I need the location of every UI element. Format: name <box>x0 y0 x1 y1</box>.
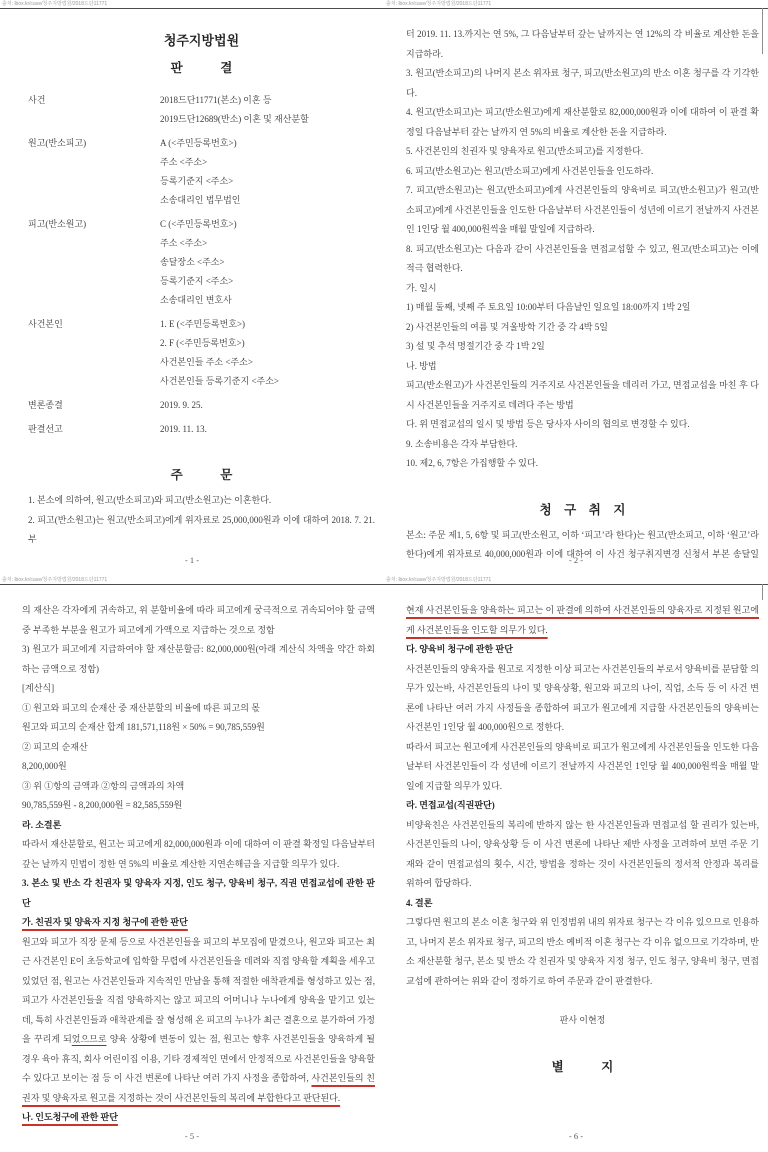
doc-paragraph: 현재 사건본인들을 양육하는 피고는 이 판결에 의하여 사건본인들의 양육자로… <box>406 601 759 640</box>
field-value-line: 소송대리인 변호사 <box>160 291 375 310</box>
text-run: 7. 피고(반소원고)는 원고(반소피고)에게 사건본인들의 양육비로 피고(반… <box>406 185 759 234</box>
field-value-line: 사건본인들 주소 <주소> <box>160 353 375 372</box>
text-run: [계산식] <box>22 683 54 693</box>
doc-paragraph: 8,200,000원 <box>22 757 375 777</box>
text-run: 원고와 피고가 직장 문제 등으로 사건본인들을 피고의 부모집에 맡겼으나, … <box>22 937 375 1045</box>
doc-paragraph: ③ 위 ①항의 금액과 ②항의 금액과의 차액 <box>22 777 375 797</box>
doc-paragraph: 그렇다면 원고의 본소 이혼 청구와 위 인정범위 내의 위자료 청구는 각 이… <box>406 913 759 991</box>
underlined-text: 현재 사건본인들을 양육하는 피고는 이 판결에 의하여 사건본인들의 양육자로… <box>406 605 759 635</box>
field-value-line: 2. F (<주민등록번호>) <box>160 334 375 353</box>
page-6: 출처: lbox.kr/case/청주지방법원/2018드단11771 현재 사… <box>384 576 768 1152</box>
text-run: 원고와 피고의 순재산 합계 181,571,118원 × 50% = 90,7… <box>22 722 265 732</box>
field-value: 2018드단11771(본소) 이혼 등2019드단12689(반소) 이혼 및… <box>160 91 375 129</box>
field-value-line: 송달장소 <주소> <box>160 253 375 272</box>
text-run: 1) 매월 둘째, 넷째 주 토요일 10:00부터 다음날인 일요일 18:0… <box>406 302 690 312</box>
section-heading: 청 구 취 지 <box>406 500 759 520</box>
text-run: 판사 이현정 <box>560 1015 606 1025</box>
doc-paragraph: 사건본인들의 양육자를 원고로 지정한 이상 피고는 사건본인들의 부로서 양육… <box>406 660 759 738</box>
field-label: 판결선고 <box>28 420 160 439</box>
text-run: 의 재산은 각자에게 귀속하고, 위 분할비율에 따라 피고에게 궁극적으로 귀… <box>22 605 375 635</box>
doc-paragraph: ② 피고의 순재산 <box>22 738 375 758</box>
doc-paragraph: 피고(반소원고)가 사건본인들의 거주지로 사건본인들을 데리러 가고, 면접교… <box>406 376 759 415</box>
doc-paragraph: 90,785,559원 - 8,200,000원 = 82,585,559원 <box>22 796 375 816</box>
field-value-line: 2019드단12689(반소) 이혼 및 재산분할 <box>160 110 375 129</box>
doc-paragraph: 7. 피고(반소원고)는 원고(반소피고)에게 사건본인들의 양육비로 피고(반… <box>406 181 759 240</box>
doc-paragraph: 터 2019. 11. 13.까지는 연 5%, 그 다음날부터 갚는 날까지는… <box>406 25 759 64</box>
field-value-line: 등록기준지 <주소> <box>160 272 375 291</box>
doc-paragraph: 3) 설 및 추석 명절기간 중 각 1박 2일 <box>406 337 759 357</box>
field-value-line: 2019. 9. 25. <box>160 396 375 415</box>
text-run: 터 2019. 11. 13.까지는 연 5%, 그 다음날부터 갚는 날까지는… <box>406 29 759 59</box>
text-run: 3. 원고(반소피고)의 나머지 본소 위자료 청구, 피고(반소원고)의 반소… <box>406 68 759 98</box>
case-info-row: 원고(반소피고)A (<주민등록번호>)주소 <주소>등록기준지 <주소>소송대… <box>28 134 375 210</box>
text-run: 판 결 <box>171 61 233 75</box>
text-run: 별 지 <box>552 1060 614 1074</box>
page-content: 터 2019. 11. 13.까지는 연 5%, 그 다음날부터 갚는 날까지는… <box>384 9 768 560</box>
field-label: 변론종결 <box>28 396 160 415</box>
section-heading: 별 지 <box>406 1057 759 1077</box>
field-value: 2019. 9. 25. <box>160 396 375 415</box>
text-run: 3) 설 및 추석 명절기간 중 각 1박 2일 <box>406 341 545 351</box>
doc-paragraph: 8. 피고(반소원고)는 다음과 같이 사건본인들을 면접교섭할 수 있고, 원… <box>406 240 759 279</box>
doc-paragraph: 1) 매월 둘째, 넷째 주 토요일 10:00부터 다음날인 일요일 18:0… <box>406 298 759 318</box>
source-header: 출처: lbox.kr/case/청주지방법원/2018드단11771 <box>2 1 107 8</box>
field-value-line: 소송대리인 법무법인 <box>160 191 375 210</box>
source-header: 출처: lbox.kr/case/청주지방법원/2018드단11771 <box>386 577 491 584</box>
text-run: 2) 사건본인들의 여름 및 겨울방학 기간 중 각 4박 5일 <box>406 322 608 332</box>
source-header: 출처: lbox.kr/case/청주지방법원/2018드단11771 <box>2 577 107 584</box>
text-run: 9. 소송비용은 각자 부담한다. <box>406 439 517 449</box>
document-sheet: 출처: lbox.kr/case/청주지방법원/2018드단11771 청주지방… <box>0 0 768 1152</box>
page-content: 의 재산은 각자에게 귀속하고, 위 분할비율에 따라 피고에게 궁극적으로 귀… <box>0 585 384 1136</box>
field-value-line: 2018드단11771(본소) 이혼 등 <box>160 91 375 110</box>
field-value-line: C (<주민등록번호>) <box>160 215 375 234</box>
doc-paragraph: 5. 사건본인의 친권자 및 양육자로 원고(반소피고)를 지정한다. <box>406 142 759 162</box>
text-run: 4. 결론 <box>406 898 432 908</box>
doc-paragraph: 10. 제2, 6, 7항은 가집행할 수 있다. <box>406 454 759 474</box>
field-label: 사건 <box>28 91 160 129</box>
doc-paragraph: 3. 본소 및 반소 각 친권자 및 양육자 지정, 인도 청구, 양육비 청구… <box>22 874 375 913</box>
doc-paragraph: 나. 인도청구에 관한 판단 <box>22 1108 375 1128</box>
underlined-text: 나. 인도청구에 관한 판단 <box>22 1112 118 1122</box>
field-value-line: 등록기준지 <주소> <box>160 172 375 191</box>
text-run: ② 피고의 순재산 <box>22 742 88 752</box>
section-heading: 주 문 <box>28 465 375 485</box>
page-number: - 1 - <box>0 555 384 565</box>
field-label: 원고(반소피고) <box>28 134 160 210</box>
text-run: 그렇다면 원고의 본소 이혼 청구와 위 인정범위 내의 위자료 청구는 각 이… <box>406 917 759 986</box>
doc-paragraph: 다. 위 면접교섭의 일시 및 방법 등은 당사자 사이의 협의로 변경할 수 … <box>406 415 759 435</box>
case-info-row: 사건본인1. E (<주민등록번호>)2. F (<주민등록번호>)사건본인들 … <box>28 315 375 391</box>
source-header: 출처: lbox.kr/case/청주지방법원/2018드단11771 <box>386 1 491 8</box>
doc-paragraph: 원고와 피고가 직장 문제 등으로 사건본인들을 피고의 부모집에 맡겼으나, … <box>22 933 375 1109</box>
text-run: 주 문 <box>171 468 233 482</box>
page-1: 출처: lbox.kr/case/청주지방법원/2018드단11771 청주지방… <box>0 0 384 576</box>
text-run: 4. 원고(반소피고)는 피고(반소원고)에게 재산분할로 82,000,000… <box>406 107 759 137</box>
field-value: 2019. 11. 13. <box>160 420 375 439</box>
text-run: 따라서 피고는 원고에게 사건본인들의 양육비로 피고가 원고에게 사건본인들을… <box>406 742 759 791</box>
text-run: 청 구 취 지 <box>540 503 626 517</box>
doc-paragraph: 라. 소결론 <box>22 816 375 836</box>
field-value-line: 사건본인들 등록기준지 <주소> <box>160 372 375 391</box>
text-run: 다. 양육비 청구에 관한 판단 <box>406 644 513 654</box>
judge-name: 판사 이현정 <box>406 1011 759 1031</box>
doc-paragraph: 3. 원고(반소피고)의 나머지 본소 위자료 청구, 피고(반소원고)의 반소… <box>406 64 759 103</box>
doc-paragraph: 9. 소송비용은 각자 부담한다. <box>406 435 759 455</box>
page-number: - 2 - <box>384 555 768 565</box>
text-run: 다. 위 면접교섭의 일시 및 방법 등은 당사자 사이의 협의로 변경할 수 … <box>406 419 690 429</box>
text-run: 8,200,000원 <box>22 761 67 771</box>
page-number: - 6 - <box>384 1131 768 1141</box>
doc-paragraph: 비양육친은 사건본인들의 복리에 반하지 않는 한 사건본인들과 면접교섭 할 … <box>406 816 759 894</box>
text-run: 10. 제2, 6, 7항은 가집행할 수 있다. <box>406 458 538 468</box>
doc-paragraph: 6. 피고(반소원고)는 원고(반소피고)에게 사건본인들을 인도하라. <box>406 162 759 182</box>
doc-paragraph: ① 원고와 피고의 순재산 중 재산분할의 비율에 따른 피고의 몫 <box>22 699 375 719</box>
doc-paragraph: 1. 본소에 의하여, 원고(반소피고)와 피고(반소원고)는 이혼한다. <box>28 491 375 511</box>
case-info-row: 피고(반소원고)C (<주민등록번호>)주소 <주소>송달장소 <주소>등록기준… <box>28 215 375 310</box>
doc-paragraph: 원고와 피고의 순재산 합계 181,571,118원 × 50% = 90,7… <box>22 718 375 738</box>
doc-paragraph: 3) 원고가 피고에게 지급하여야 할 재산분할금: 82,000,000원(아… <box>22 640 375 679</box>
doc-paragraph: 나. 방법 <box>406 357 759 377</box>
section-heading: 판 결 <box>28 58 375 78</box>
doc-paragraph: 라. 면접교섭(직권판단) <box>406 796 759 816</box>
text-run: 6. 피고(반소원고)는 원고(반소피고)에게 사건본인들을 인도하라. <box>406 166 653 176</box>
field-value-line: 1. E (<주민등록번호>) <box>160 315 375 334</box>
doc-paragraph: 따라서 재산분할로, 원고는 피고에게 82,000,000원과 이에 대하여 … <box>22 835 375 874</box>
text-run: 3) 원고가 피고에게 지급하여야 할 재산분할금: 82,000,000원(아… <box>22 644 375 674</box>
doc-paragraph: 따라서 피고는 원고에게 사건본인들의 양육비로 피고가 원고에게 사건본인들을… <box>406 738 759 797</box>
field-label: 피고(반소원고) <box>28 215 160 310</box>
field-value-line: 주소 <주소> <box>160 234 375 253</box>
text-run: ① 원고와 피고의 순재산 중 재산분할의 비율에 따른 피고의 몫 <box>22 703 260 713</box>
text-run: 라. 면접교섭(직권판단) <box>406 800 495 810</box>
text-run: 1. 본소에 의하여, 원고(반소피고)와 피고(반소원고)는 이혼한다. <box>28 495 271 505</box>
case-info-row: 판결선고2019. 11. 13. <box>28 420 375 439</box>
underlined-text: 었으므로 <box>72 1034 107 1044</box>
court-name: 청주지방법원 <box>28 31 375 51</box>
case-info-row: 변론종결2019. 9. 25. <box>28 396 375 415</box>
field-label: 사건본인 <box>28 315 160 391</box>
doc-paragraph: 4. 결론 <box>406 894 759 914</box>
field-value-line: 2019. 11. 13. <box>160 420 375 439</box>
doc-paragraph: 2. 피고(반소원고)는 원고(반소피고)에게 위자료로 25,000,000원… <box>28 511 375 550</box>
text-run: 8. 피고(반소원고)는 다음과 같이 사건본인들을 면접교섭할 수 있고, 원… <box>406 244 759 274</box>
text-run: 비양육친은 사건본인들의 복리에 반하지 않는 한 사건본인들과 면접교섭 할 … <box>406 820 759 889</box>
field-value: A (<주민등록번호>)주소 <주소>등록기준지 <주소>소송대리인 법무법인 <box>160 134 375 210</box>
text-run: 3. 본소 및 반소 각 친권자 및 양육자 지정, 인도 청구, 양육비 청구… <box>22 878 375 908</box>
text-run: 90,785,559원 - 8,200,000원 = 82,585,559원 <box>22 800 182 810</box>
text-run: 사건본인들의 양육자를 원고로 지정한 이상 피고는 사건본인들의 부로서 양육… <box>406 664 759 733</box>
doc-paragraph: 다. 양육비 청구에 관한 판단 <box>406 640 759 660</box>
doc-paragraph: 가. 친권자 및 양육자 지정 청구에 관한 판단 <box>22 913 375 933</box>
text-run: 청주지방법원 <box>164 33 239 48</box>
doc-paragraph: 가. 일시 <box>406 279 759 299</box>
text-run: ③ 위 ①항의 금액과 ②항의 금액과의 차액 <box>22 781 184 791</box>
doc-paragraph: [계산식] <box>22 679 375 699</box>
text-run: 가. 일시 <box>406 283 437 293</box>
underlined-text: 가. 친권자 및 양육자 지정 청구에 관한 판단 <box>22 917 188 927</box>
page-2: 출처: lbox.kr/case/청주지방법원/2018드단11771 터 20… <box>384 0 768 576</box>
text-run: 나. 방법 <box>406 361 437 371</box>
doc-paragraph: 4. 원고(반소피고)는 피고(반소원고)에게 재산분할로 82,000,000… <box>406 103 759 142</box>
doc-paragraph: 의 재산은 각자에게 귀속하고, 위 분할비율에 따라 피고에게 궁극적으로 귀… <box>22 601 375 640</box>
text-run: 따라서 재산분할로, 원고는 피고에게 82,000,000원과 이에 대하여 … <box>22 839 375 869</box>
field-value: C (<주민등록번호>)주소 <주소>송달장소 <주소>등록기준지 <주소>소송… <box>160 215 375 310</box>
field-value: 1. E (<주민등록번호>)2. F (<주민등록번호>)사건본인들 주소 <… <box>160 315 375 391</box>
page-5: 출처: lbox.kr/case/청주지방법원/2018드단11771 의 재산… <box>0 576 384 1152</box>
field-value-line: 주소 <주소> <box>160 153 375 172</box>
case-info-row: 사건2018드단11771(본소) 이혼 등2019드단12689(반소) 이혼… <box>28 91 375 129</box>
text-run: 2. 피고(반소원고)는 원고(반소피고)에게 위자료로 25,000,000원… <box>28 515 375 545</box>
text-run: 피고(반소원고)가 사건본인들의 거주지로 사건본인들을 데리러 가고, 면접교… <box>406 380 759 410</box>
doc-paragraph: 2) 사건본인들의 여름 및 겨울방학 기간 중 각 4박 5일 <box>406 318 759 338</box>
text-run: 라. 소결론 <box>22 820 61 830</box>
field-value-line: A (<주민등록번호>) <box>160 134 375 153</box>
page-content: 현재 사건본인들을 양육하는 피고는 이 판결에 의하여 사건본인들의 양육자로… <box>384 585 768 1136</box>
page-content: 청주지방법원판 결사건2018드단11771(본소) 이혼 등2019드단126… <box>0 9 384 560</box>
text-run: 5. 사건본인의 친권자 및 양육자로 원고(반소피고)를 지정한다. <box>406 146 643 156</box>
page-number: - 5 - <box>0 1131 384 1141</box>
